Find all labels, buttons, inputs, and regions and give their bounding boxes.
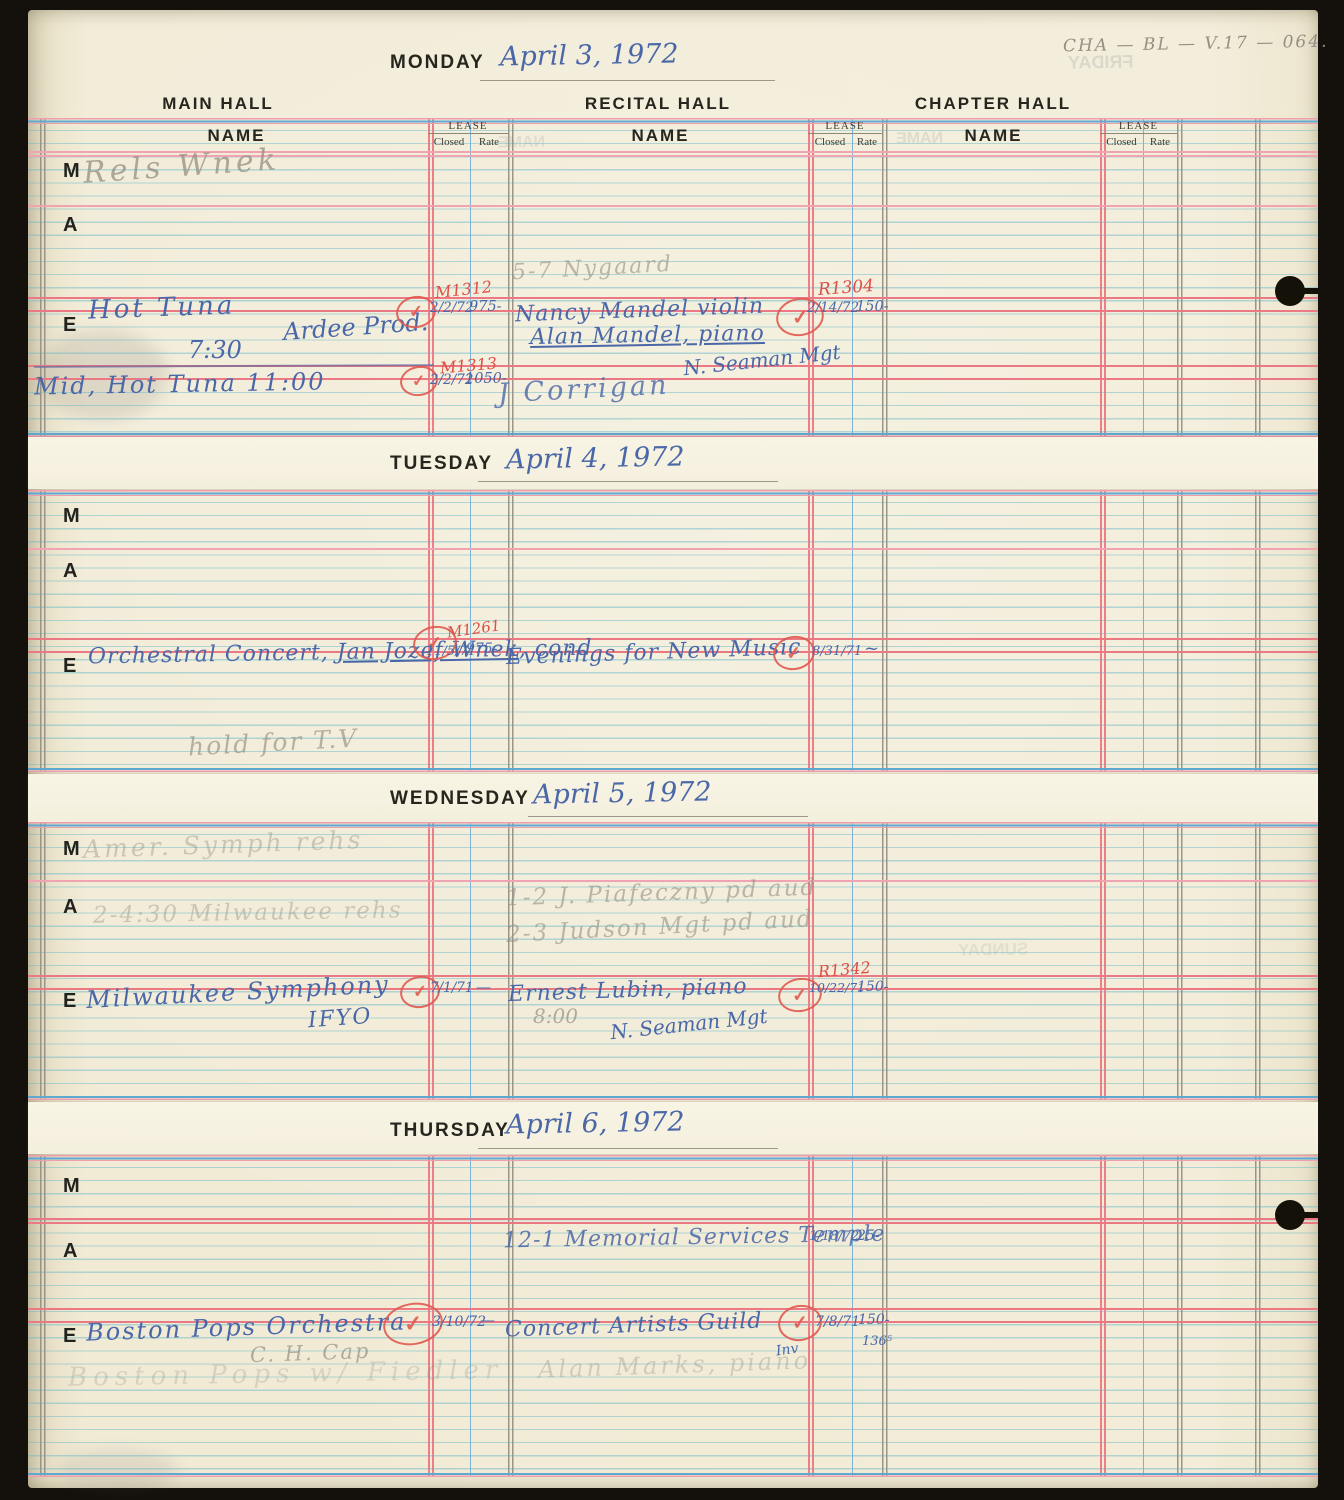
lease-rate: — <box>476 980 491 995</box>
grid-monday: NAME LEASE ClosedRate NAME LEASE ClosedR… <box>28 118 1318 437</box>
row-label-morning: M <box>63 505 80 528</box>
date-underline <box>478 481 778 482</box>
booking-entry: IFYO <box>307 1006 373 1032</box>
hall-title-chapter: CHAPTER HALL <box>878 94 1108 114</box>
manager-signature: N. Seaman Mgt <box>609 1006 768 1042</box>
day-label: TUESDAY <box>390 453 493 475</box>
booking-entry: J Corrigan <box>497 372 670 408</box>
day-date-handwritten: April 3, 1972 <box>500 40 679 70</box>
closed-label: Closed <box>428 134 470 148</box>
booking-note: Amer. Symph rehs <box>83 827 364 862</box>
booking-time: 7:30 <box>188 338 242 362</box>
closed-label: Closed <box>1100 134 1143 148</box>
lease-closed-date: 3/10/72 <box>432 1315 486 1329</box>
column-header-name: NAME <box>45 126 428 146</box>
column-header-name: NAME <box>513 126 808 146</box>
row-label-afternoon: A <box>63 896 77 919</box>
booking-time: 8:00 <box>533 1006 578 1026</box>
date-underline <box>528 816 808 817</box>
booking-note: Boston Pops w/ Fiedler <box>68 1357 504 1391</box>
row-label-afternoon: A <box>63 1240 77 1263</box>
day-label: THURSDAY <box>390 1120 510 1142</box>
grid-line <box>28 1308 1318 1310</box>
row-label-afternoon: A <box>63 214 77 237</box>
booking-note: hold for T.V <box>187 726 358 760</box>
grid-line <box>28 205 1318 207</box>
day-date-handwritten: April 4, 1972 <box>506 443 685 473</box>
lease-header: LEASE ClosedRate <box>428 120 508 150</box>
rate-label: Rate <box>470 134 508 148</box>
lease-closed-date: 7/1/71 <box>430 982 473 996</box>
hall-title-main: MAIN HALL <box>48 94 388 114</box>
lease-rate: — <box>480 1313 495 1328</box>
punch-hole-notch <box>1298 288 1320 294</box>
row-label-evening: E <box>63 655 76 678</box>
day-date-handwritten: April 5, 1972 <box>533 778 712 808</box>
row-label-afternoon: A <box>63 560 77 583</box>
lease-rate-revised: 136⁵ <box>862 1335 892 1348</box>
punch-hole-notch <box>1298 1212 1320 1218</box>
booking-note: 2-3 Judson Mgt pd aud <box>506 908 815 947</box>
rate-label: Rate <box>1143 134 1177 148</box>
lease-header: LEASE ClosedRate <box>1100 120 1177 150</box>
booking-note: 5-7 Nygaard <box>512 254 674 284</box>
lease-closed-date: 2/14/72 <box>807 302 859 316</box>
booking-note: 2-4:30 Milwaukee rehs <box>93 899 403 927</box>
lease-label: LEASE <box>428 120 508 134</box>
grid-line <box>28 1218 1318 1220</box>
lease-rate: 25- <box>857 1229 880 1243</box>
day-title-tuesday: TUESDAY April 4, 1972 <box>28 437 1318 489</box>
lease-rate: 150- <box>857 980 888 994</box>
date-underline <box>480 80 775 81</box>
row-label-morning: M <box>63 160 80 183</box>
day-label: WEDNESDAY <box>390 788 530 810</box>
grid-line <box>28 548 1318 550</box>
row-label-evening: E <box>63 1325 76 1348</box>
grid-line <box>28 1222 1318 1224</box>
lease-number: R1304 <box>817 278 874 299</box>
closed-label: Closed <box>808 134 852 148</box>
booking-entry: Ernest Lubin, piano <box>508 976 748 1006</box>
grid-tuesday: M A E Orchestral Concert, Jan Jozef Wnek… <box>28 490 1318 772</box>
lease-rate: 975- <box>466 642 497 656</box>
booking-entry-part: Orchestral Concert, <box>88 640 337 669</box>
lease-closed-date: 7/8/71 <box>815 1315 860 1329</box>
lease-closed-date: 8/31/71 <box>812 645 862 658</box>
lease-header: LEASE ClosedRate <box>808 120 882 150</box>
lease-rate: 150- <box>858 1313 889 1327</box>
booking-entry: Mid, Hot Tuna 11:00 <box>34 369 326 398</box>
booking-note: Alan Marks, piano <box>538 1348 812 1382</box>
column-header-name: NAME <box>887 126 1100 146</box>
ledger-page: CHA — BL — V.17 — 064. FRIDAY NAME NAME … <box>28 10 1318 1488</box>
booking-entry: Alan Mandel, piano <box>530 323 765 349</box>
lease-rate: 975- <box>469 300 502 315</box>
day-title-thursday: THURSDAY April 6, 1972 <box>28 1102 1318 1154</box>
grid-thursday: M A E 12-1 Memorial Services Temple 1/18… <box>28 1155 1318 1477</box>
day-title-wednesday: WEDNESDAY April 5, 1972 <box>28 774 1318 822</box>
hall-title-recital: RECITAL HALL <box>498 94 818 114</box>
manager-signature: N. Seaman Mgt <box>682 342 841 378</box>
day-date-handwritten: April 6, 1972 <box>506 1108 685 1138</box>
annotation: Inv <box>775 1342 799 1359</box>
row-label-morning: M <box>63 838 80 861</box>
lease-rate: 150- <box>856 300 889 315</box>
day-label: MONDAY <box>390 52 485 74</box>
grid-wednesday: M A E Amer. Symph rehs 2-4:30 Milwaukee … <box>28 822 1318 1100</box>
row-label-morning: M <box>63 1175 80 1198</box>
lease-number: R1342 <box>817 960 871 981</box>
lease-closed-date: 2/2/72 <box>430 302 473 316</box>
lease-closed-date: 1/18/72 <box>809 1230 859 1243</box>
lease-label: LEASE <box>808 120 882 134</box>
bleed-through-text: FRIDAY <box>1068 51 1134 73</box>
booking-note: 1-2 J. Piafeczny pd aud <box>506 877 818 911</box>
row-label-evening: E <box>63 314 76 337</box>
date-underline <box>478 1148 778 1149</box>
rate-label: Rate <box>852 134 882 148</box>
booking-entry: Hot Tuna <box>88 292 236 323</box>
lease-rate: ~ <box>864 640 879 658</box>
booking-entry: Concert Artists Guild <box>505 1311 763 1342</box>
lease-label: LEASE <box>1100 120 1177 134</box>
row-label-evening: E <box>63 990 76 1013</box>
